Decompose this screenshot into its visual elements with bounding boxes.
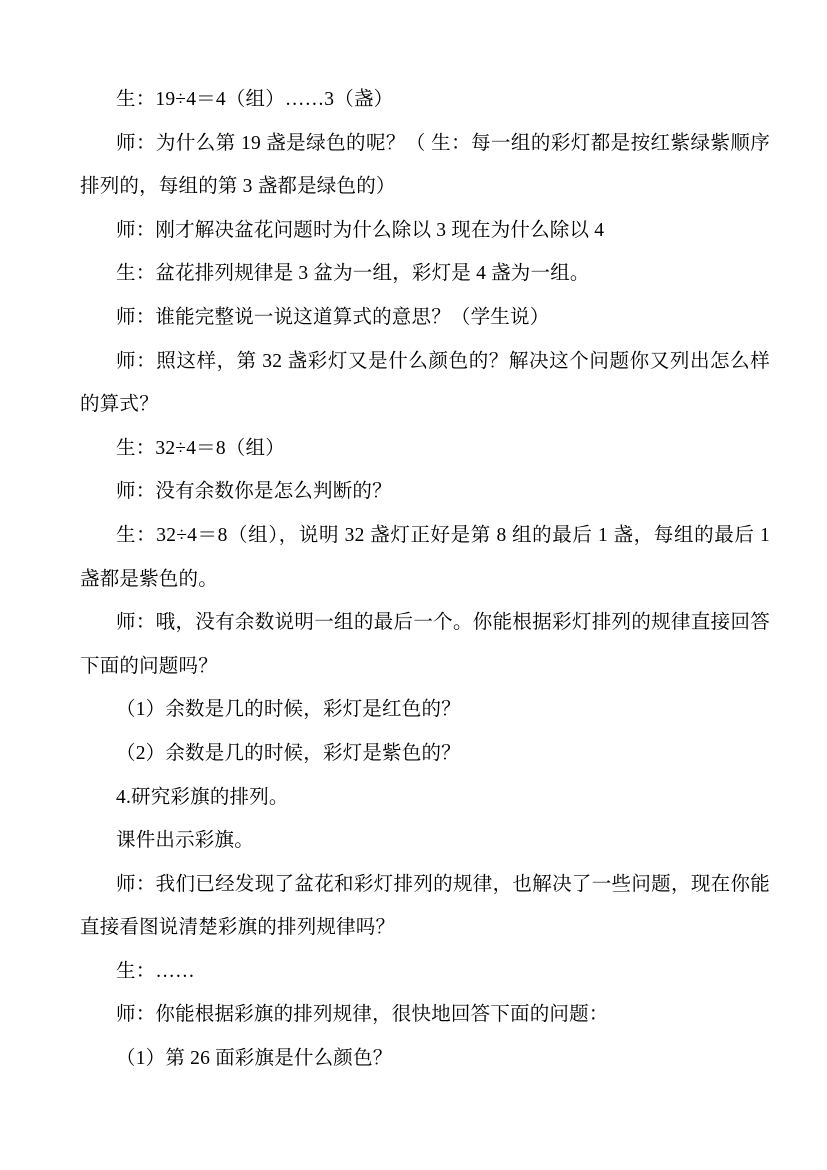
paragraph: 师：我们已经发现了盆花和彩灯排列的规律，也解决了一些问题，现在你能直接看图说清楚… xyxy=(80,863,770,950)
document-page: 生：19÷4＝4（组）……3（盏） 师：为什么第 19 盏是绿色的呢？（ 生：每… xyxy=(0,0,827,1170)
paragraph: 生：…… xyxy=(80,950,770,994)
paragraph: 师：哦，没有余数说明一组的最后一个。你能根据彩灯排列的规律直接回答下面的问题吗？ xyxy=(80,601,770,688)
paragraph: 课件出示彩旗。 xyxy=(80,819,770,863)
paragraph: 师：照这样，第 32 盏彩灯又是什么颜色的？解决这个问题你又列出怎么样的算式？ xyxy=(80,340,770,427)
paragraph: 师：刚才解决盆花问题时为什么除以 3 现在为什么除以 4 xyxy=(80,209,770,253)
paragraph: （2）余数是几的时候，彩灯是紫色的？ xyxy=(80,732,770,776)
paragraph: 生：32÷4＝8（组） xyxy=(80,427,770,471)
paragraph: 生：盆花排列规律是 3 盆为一组，彩灯是 4 盏为一组。 xyxy=(80,252,770,296)
paragraph: 4.研究彩旗的排列。 xyxy=(80,776,770,820)
paragraph: 生：32÷4＝8（组），说明 32 盏灯正好是第 8 组的最后 1 盏，每组的最… xyxy=(80,514,770,601)
paragraph: 生：19÷4＝4（组）……3（盏） xyxy=(80,78,770,122)
paragraph: 师：谁能完整说一说这道算式的意思？（学生说） xyxy=(80,296,770,340)
paragraph: 师：没有余数你是怎么判断的？ xyxy=(80,470,770,514)
paragraph: （1）第 26 面彩旗是什么颜色？ xyxy=(80,1037,770,1081)
paragraph: 师：为什么第 19 盏是绿色的呢？（ 生：每一组的彩灯都是按红紫绿紫顺序排列的，… xyxy=(80,122,770,209)
paragraph: （1）余数是几的时候，彩灯是红色的？ xyxy=(80,688,770,732)
paragraph: 师：你能根据彩旗的排列规律，很快地回答下面的问题： xyxy=(80,993,770,1037)
